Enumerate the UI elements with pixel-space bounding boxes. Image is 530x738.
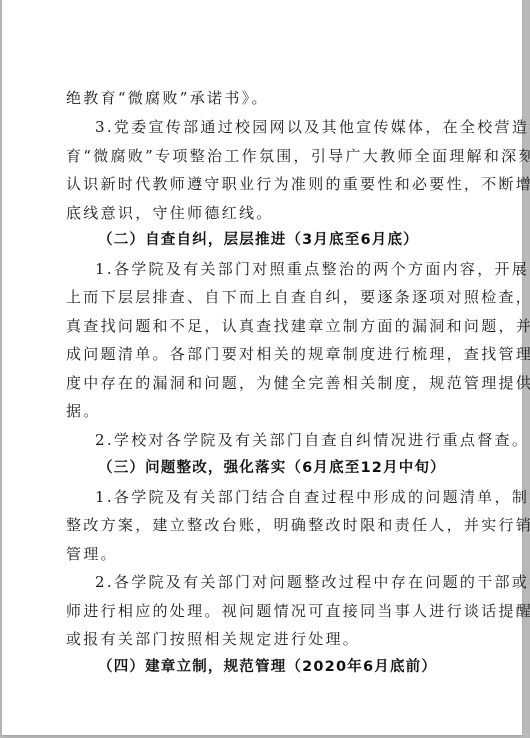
text-line: 2.各学院及有关部门对问题整改过程中存在问题的干部或教	[95, 572, 467, 592]
section-heading-2: （二）自查自纠，层层推进（3月底至6月底）	[98, 230, 419, 250]
text-line: 度中存在的漏洞和问题，为健全完善相关制度，规范管理提供依	[66, 373, 466, 393]
page-number: 4	[264, 663, 268, 672]
text-line: 2.学校对各学院及有关部门自查自纠情况进行重点督查。	[95, 430, 467, 450]
text-line: 管理。	[66, 544, 466, 564]
text-line: 据。	[66, 401, 466, 421]
text-line: 绝教育“微腐败”承诺书》。	[66, 88, 466, 108]
text-line: 或报有关部门按照相关规定进行处理。	[66, 629, 466, 649]
text-line: 育“微腐败”专项整治工作氛围，引导广大教师全面理解和深刻	[66, 146, 466, 166]
text-line: 1.各学院及有关部门结合自查过程中形成的问题清单，制定	[95, 487, 467, 507]
text-line: 1.各学院及有关部门对照重点整治的两个方面内容，开展自	[95, 259, 467, 279]
text-line: 上而下层层排查、自下而上自查自纠，要逐条逐项对照检查，认	[66, 287, 466, 307]
section-heading-3: （三）问题整改，强化落实（6月底至12月中旬）	[98, 458, 446, 478]
document-page: 绝教育“微腐败”承诺书》。 3.党委宣传部通过校园网以及其他宣传媒体，在全校营造…	[2, 0, 522, 735]
text-line: 底线意识，守住师德红线。	[66, 203, 466, 223]
text-line: 师进行相应的处理。视问题情况可直接同当事人进行谈话提醒，	[66, 601, 466, 621]
text-line: 成问题清单。各部门要对相关的规章制度进行梳理，查找管理制	[66, 344, 466, 364]
text-line: 整改方案，建立整改台账，明确整改时限和责任人，并实行销号	[66, 515, 466, 535]
text-line: 认识新时代教师遵守职业行为准则的重要性和必要性，不断增强	[66, 174, 466, 194]
text-line: 3.党委宣传部通过校园网以及其他宣传媒体，在全校营造教	[95, 117, 467, 137]
text-line: 真查找问题和不足，认真查找建章立制方面的漏洞和问题，并形	[66, 316, 466, 336]
